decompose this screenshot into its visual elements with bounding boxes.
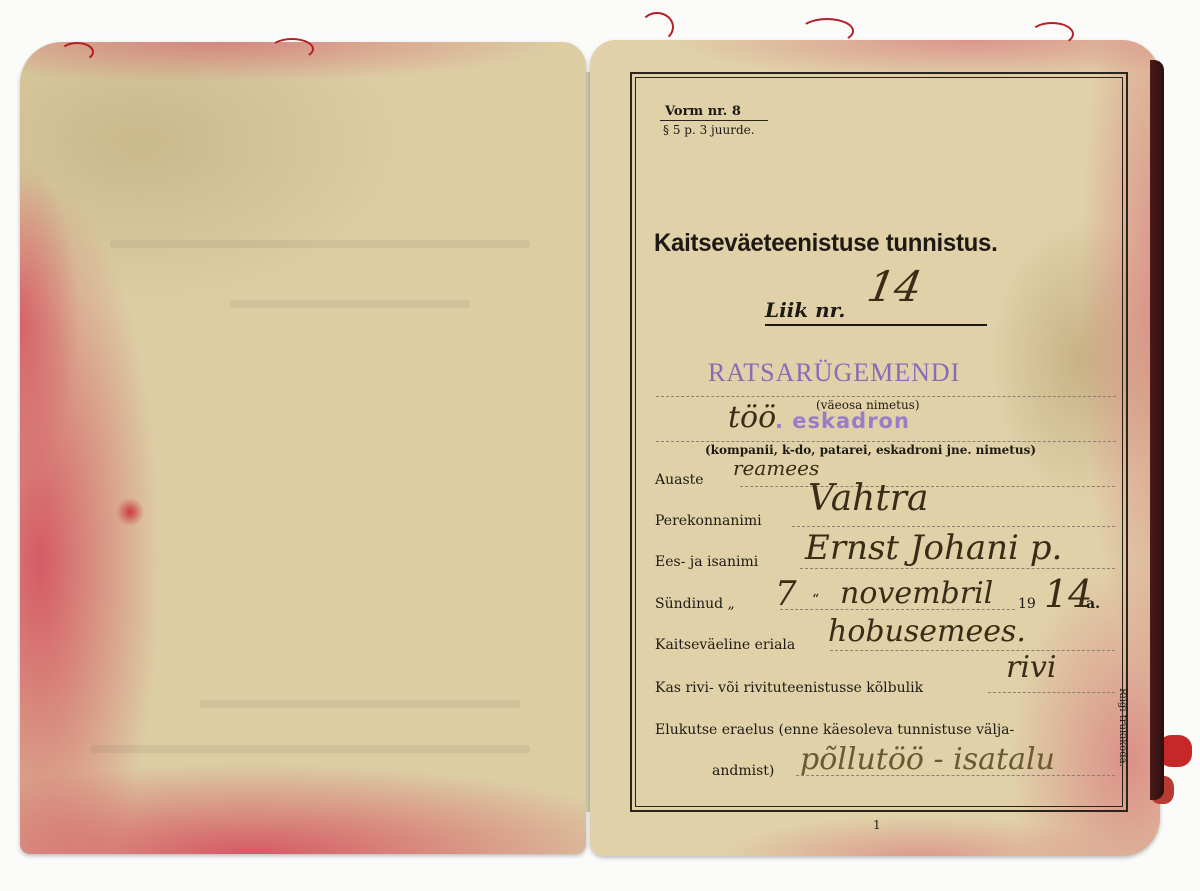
subunit-handwritten: töö bbox=[728, 400, 776, 435]
field-line-occupation bbox=[796, 775, 1115, 776]
field-value-born-month: novembril bbox=[840, 576, 993, 611]
field-label-specialty: Kaitseväeline eriala bbox=[655, 637, 795, 653]
field-label-born: Sündinud „ bbox=[655, 596, 735, 612]
field-line-fitness bbox=[988, 692, 1115, 693]
subunit-stamp: . eskadron bbox=[775, 409, 910, 433]
field-label-surname: Perekonnanimi bbox=[655, 513, 762, 529]
field-label-rank: Auaste bbox=[655, 472, 704, 488]
ghost-text-line bbox=[110, 240, 530, 248]
liik-underline bbox=[765, 324, 987, 326]
ghost-text-line bbox=[200, 700, 520, 708]
subunit-line bbox=[656, 441, 1116, 442]
born-quote: “ bbox=[812, 592, 819, 608]
field-line-born bbox=[780, 609, 1015, 610]
field-line-specialty bbox=[830, 650, 1115, 651]
field-line-surname bbox=[792, 526, 1115, 527]
page-number: 1 bbox=[873, 818, 881, 832]
field-label-fitness: Kas rivi- või rivituteenistusse kõlbulik bbox=[655, 680, 923, 696]
binding-thread bbox=[640, 12, 674, 42]
unit-stamp: RATSARÜGEMENDI bbox=[708, 358, 960, 388]
liik-label: Liik nr. bbox=[765, 298, 845, 322]
unit-line bbox=[656, 396, 1116, 397]
field-value-given-name: Ernst Johani p. bbox=[805, 528, 1062, 568]
left-page bbox=[20, 42, 586, 854]
field-value-specialty: hobusemees. bbox=[828, 614, 1026, 649]
subunit-caption: (kompanii, k-do, patarei, eskadroni jne.… bbox=[705, 443, 1036, 457]
printer-imprint: Riigi trükikoda. bbox=[1117, 688, 1128, 767]
ghost-text-line bbox=[230, 300, 470, 308]
field-value-occupation: põllutöö - isatalu bbox=[800, 742, 1055, 777]
field-value-born-year-prefix: 19 bbox=[1018, 596, 1036, 612]
field-label-occupation-line2: andmist) bbox=[712, 763, 774, 779]
binding-thread bbox=[270, 38, 314, 60]
form-number-rule bbox=[660, 120, 768, 121]
field-value-fitness: rivi bbox=[1006, 650, 1056, 685]
binding-thread bbox=[1030, 22, 1074, 46]
form-number: Vorm nr. 8 bbox=[665, 104, 741, 119]
back-cover-edge bbox=[1150, 60, 1164, 800]
binding-thread bbox=[800, 18, 854, 44]
liik-value: 14 bbox=[864, 262, 926, 311]
field-line-given-name bbox=[800, 568, 1115, 569]
field-label-occupation-line1: Elukutse eraelus (enne käesoleva tunnist… bbox=[655, 722, 1014, 738]
document-title: Kaitseväeteenistuse tunnistus. bbox=[654, 229, 997, 258]
binding-thread bbox=[60, 42, 94, 62]
born-label-text: Sündinud bbox=[655, 596, 723, 612]
ghost-text-line bbox=[90, 745, 530, 753]
field-label-given-name: Ees- ja isanimi bbox=[655, 554, 758, 570]
field-value-rank: reamees bbox=[733, 456, 819, 480]
field-value-born-day: 7 bbox=[775, 574, 797, 614]
double-border-frame bbox=[630, 72, 1128, 812]
field-value-surname: Vahtra bbox=[808, 478, 928, 519]
born-year-suffix-label: a. bbox=[1086, 596, 1100, 612]
form-reference: § 5 p. 3 juurde. bbox=[663, 123, 755, 137]
